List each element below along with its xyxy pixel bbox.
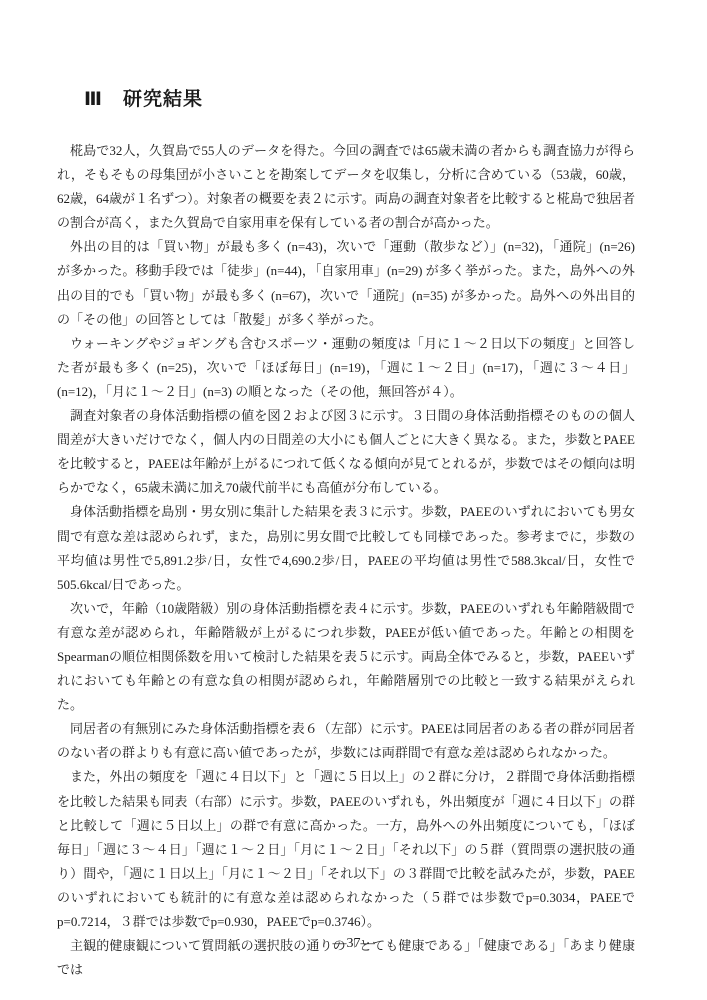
paragraph: ウォーキングやジョギングも含むスポーツ・運動の頻度は「月に１～２日以下の頻度」と… (57, 332, 635, 404)
section-heading: Ⅲ研究結果 (84, 84, 203, 111)
paragraph: 身体活動指標を島別・男女別に集計した結果を表３に示す。歩数，PAEEのいずれにお… (57, 500, 635, 596)
paragraph: 椛島で32人，久賀島で55人のデータを得た。今回の調査では65歳未満の者からも調… (57, 139, 635, 235)
paragraph: 同居者の有無別にみた身体活動指標を表６（左部）に示す。PAEEは同居者のある者の… (57, 717, 635, 765)
section-number: Ⅲ (84, 88, 103, 111)
document-page: Ⅲ研究結果 椛島で32人，久賀島で55人のデータを得た。今回の調査では65歳未満… (0, 0, 707, 1000)
paragraph: 次いで，年齢（10歳階級）別の身体活動指標を表４に示す。歩数，PAEEのいずれも… (57, 597, 635, 717)
document-body: 椛島で32人，久賀島で55人のデータを得た。今回の調査では65歳未満の者からも調… (57, 139, 635, 982)
paragraph: 外出の目的は「買い物」が最も多く (n=43)，次いで「運動（散歩など）」(n=… (57, 235, 635, 331)
paragraph: 調査対象者の身体活動指標の値を図２および図３に示す。３日間の身体活動指標そのもの… (57, 404, 635, 500)
page-number: —37— (0, 936, 707, 952)
paragraph: また，外出の頻度を「週に４日以下」と「週に５日以上」の２群に分け，２群間で身体活… (57, 765, 635, 934)
section-title: 研究結果 (123, 89, 203, 110)
